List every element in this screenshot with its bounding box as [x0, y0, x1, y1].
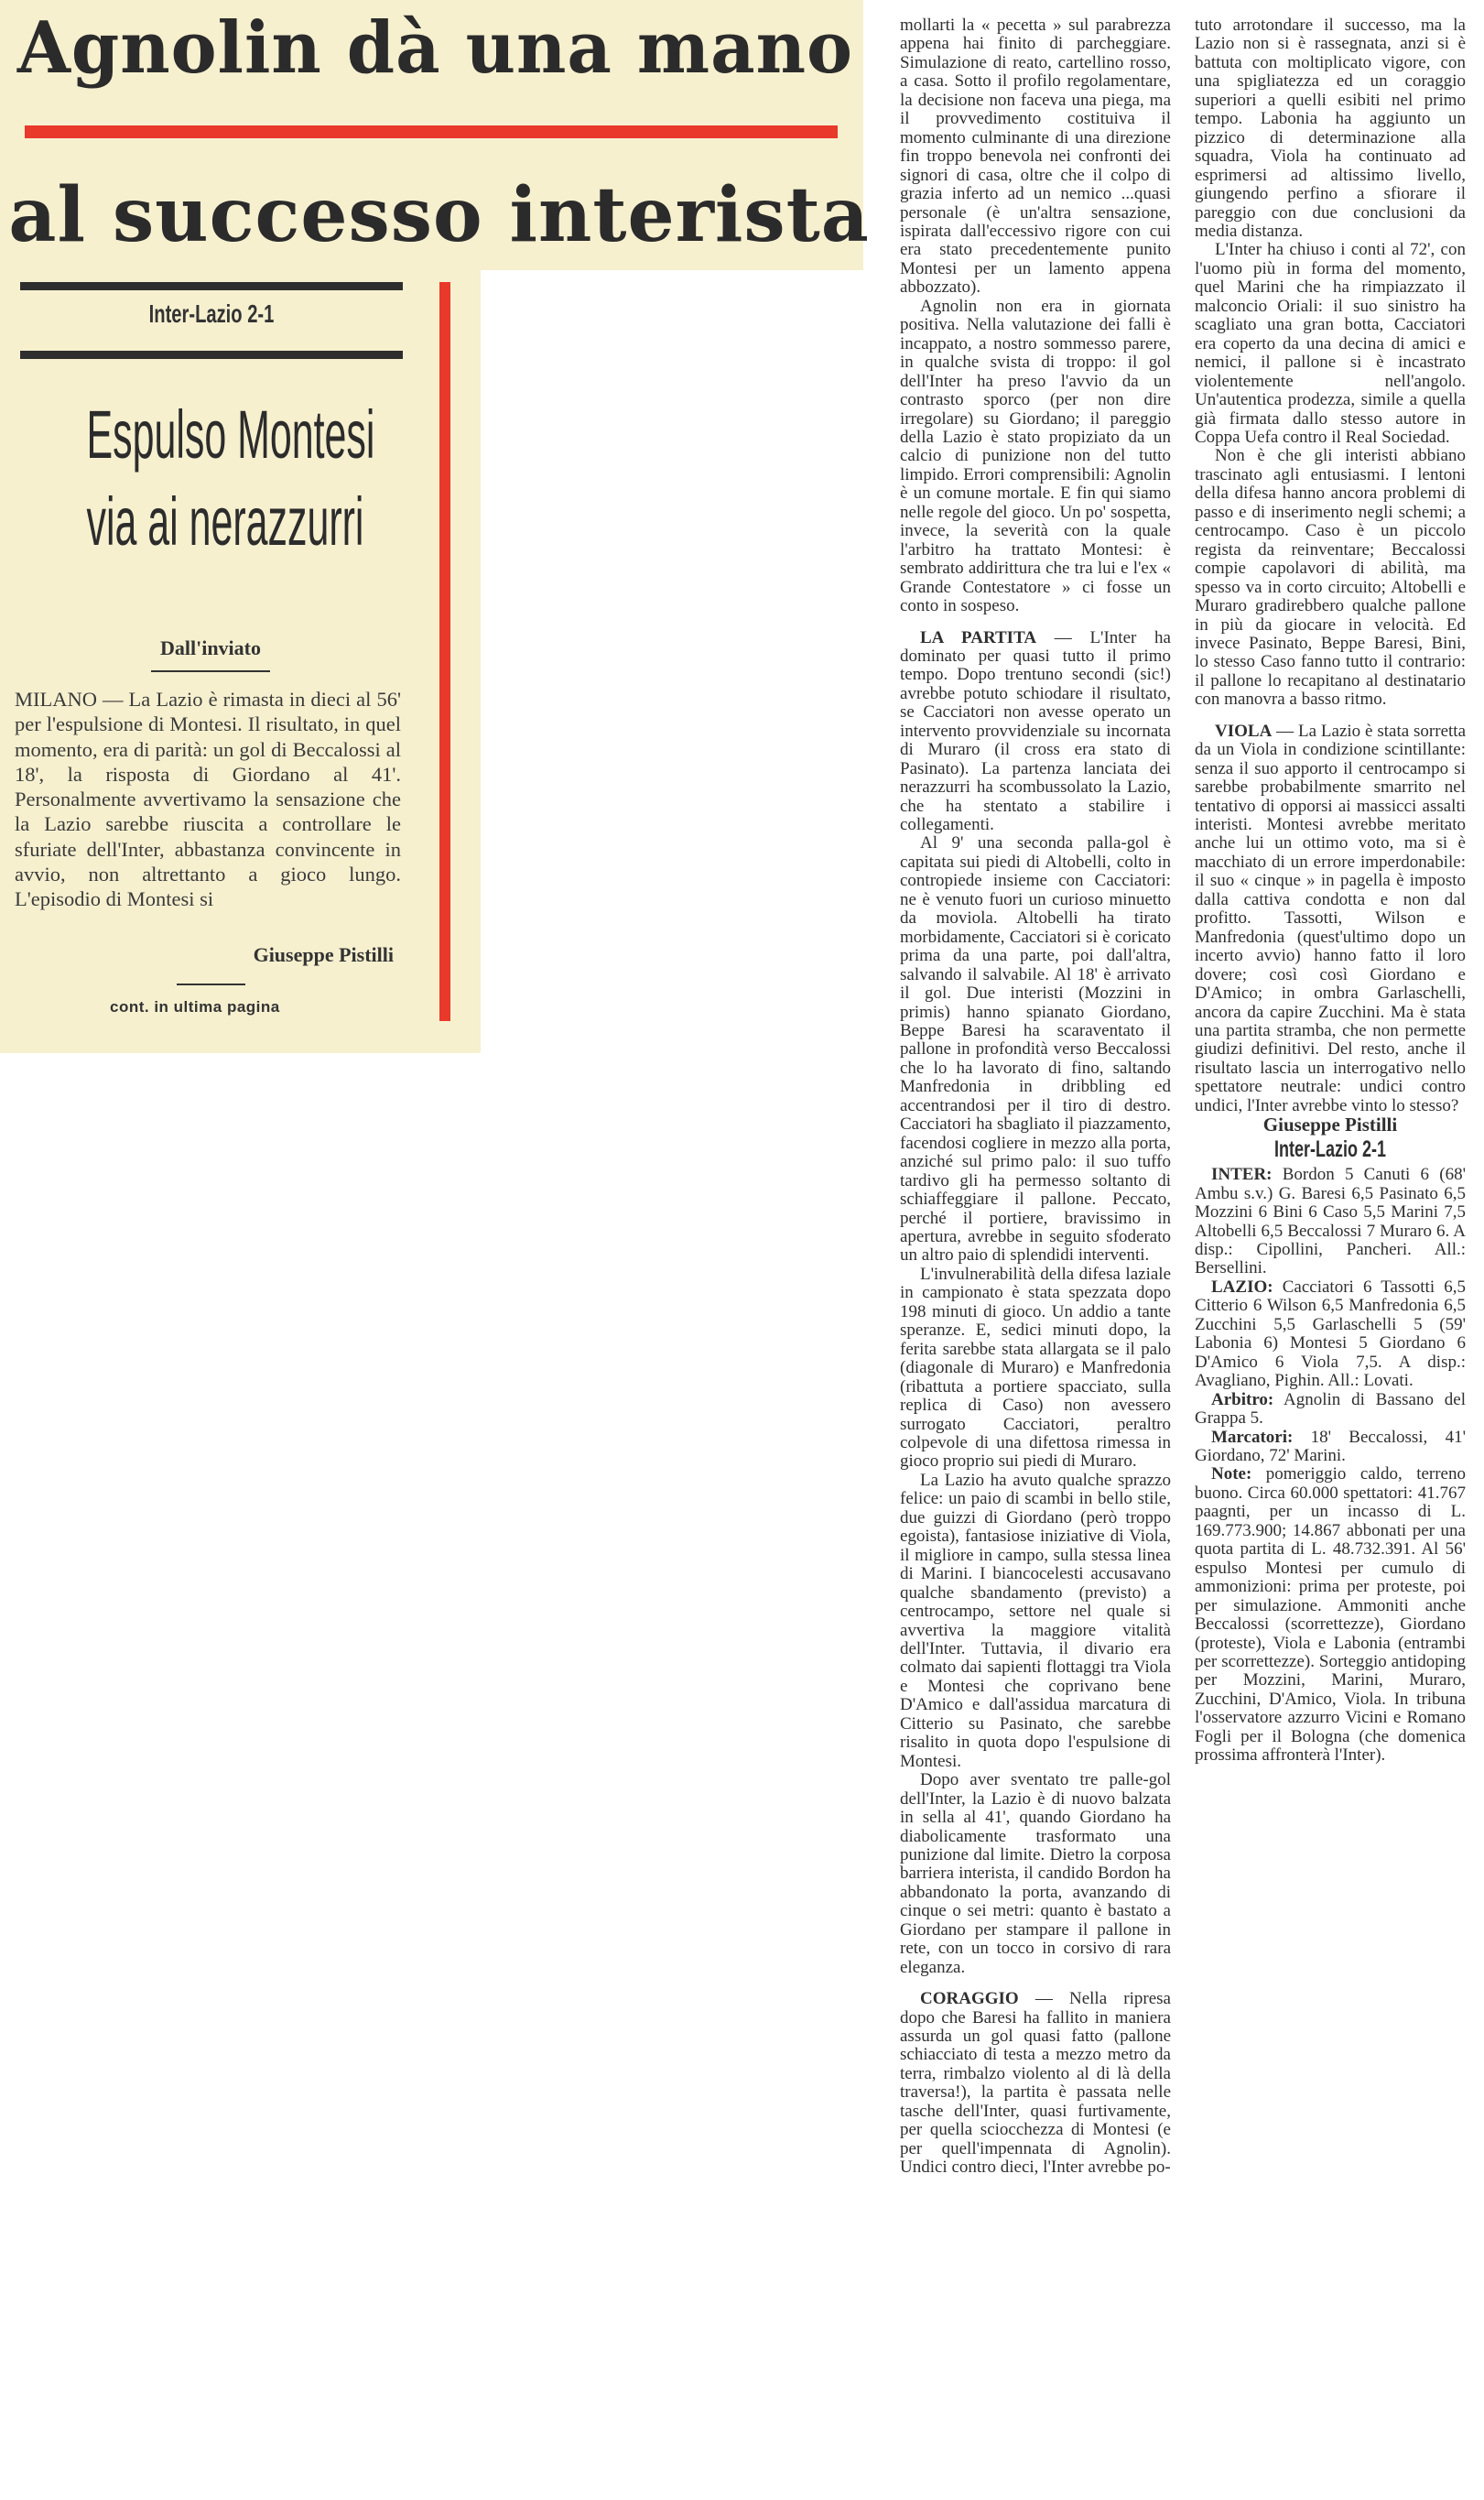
sidebar-body: MILANO — La Lazio è rimasta in dieci al … — [15, 687, 401, 912]
article-column-right: tuto arrotondare il successo, ma la Lazi… — [1195, 16, 1466, 1766]
section-lead: CORAGGIO — [920, 1989, 1019, 2008]
scorecard-title: Inter-Lazio 2-1 — [1232, 1140, 1427, 1158]
sidebar-red-bar — [439, 282, 450, 1021]
paragraph: Dopo aver sventato tre palle-gol dell'In… — [900, 1771, 1171, 1977]
section-lead: LA PARTITA — [920, 628, 1036, 647]
sidebar-title-line-2: via ai nerazzurri — [87, 485, 326, 559]
paragraph: La Lazio ha avuto qualche sprazzo felice… — [900, 1472, 1171, 1771]
paragraph: Agnolin non era in giornata positiva. Ne… — [900, 298, 1171, 616]
paragraph: LA PARTITA — L'Inter ha dominato per qua… — [900, 629, 1171, 835]
headline-line-2: al successo interista — [8, 172, 854, 258]
paragraph: tuto arrotondare il successo, ma la Lazi… — [1195, 16, 1466, 241]
paragraph: CORAGGIO — Nella ripresa dopo che Baresi… — [900, 1990, 1171, 2178]
paragraph: L'Inter ha chiuso i conti al 72', con l'… — [1195, 241, 1466, 447]
sidebar-title-line-1: Espulso Montesi — [87, 398, 326, 472]
paragraph: Al 9' una seconda palla-gol è capitata s… — [900, 834, 1171, 1265]
sidebar-author: Giuseppe Pistilli — [0, 943, 394, 967]
scorecard-entry: Marcatori: 18' Beccalossi, 41' Giordano,… — [1195, 1429, 1466, 1466]
scorecard: Inter-Lazio 2-1 INTER: Bordon 5 Canuti 6… — [1195, 1140, 1466, 1766]
paragraph: Non è che gli interisti abbiano trascina… — [1195, 447, 1466, 709]
scorecard-entry: Arbitro: Agnolin di Bassano del Grappa 5… — [1195, 1391, 1466, 1429]
headline-line-1: Agnolin dà una mano — [17, 7, 846, 90]
article-author: Giuseppe Pistilli — [1195, 1115, 1466, 1134]
scorecard-entry: Note: pomeriggio caldo, terreno buono. C… — [1195, 1465, 1466, 1765]
section-lead: VIOLA — [1215, 722, 1272, 741]
dateline: Dall'inviato — [0, 636, 421, 660]
continued-note: cont. in ultima pagina — [110, 998, 280, 1016]
sidebar-top-rule — [20, 282, 403, 290]
scorecard-entry: INTER: Bordon 5 Canuti 6 (68' Ambu s.v.)… — [1195, 1166, 1466, 1278]
headline-red-rule — [25, 125, 838, 138]
dateline-rule — [151, 670, 270, 672]
paragraph: L'invulnerabilità della difesa laziale i… — [900, 1266, 1171, 1472]
paragraph: mollarti la « pecetta » sul parabrezza a… — [900, 16, 1171, 298]
sidebar-kicker: Inter-Lazio 2-1 — [74, 299, 350, 329]
sidebar-clipping: Inter-Lazio 2-1 Espulso Montesi via ai n… — [0, 270, 481, 1053]
paragraph: VIOLA — La Lazio è stata sorretta da un … — [1195, 723, 1466, 1116]
sidebar-bottom-rule — [20, 351, 403, 359]
scorecard-entry: LAZIO: Cacciatori 6 Tassotti 6,5 Citteri… — [1195, 1278, 1466, 1391]
author-rule — [177, 984, 245, 985]
headline-clipping: Agnolin dà una mano al successo interist… — [0, 0, 863, 270]
article-column-middle: mollarti la « pecetta » sul parabrezza a… — [900, 16, 1171, 2178]
